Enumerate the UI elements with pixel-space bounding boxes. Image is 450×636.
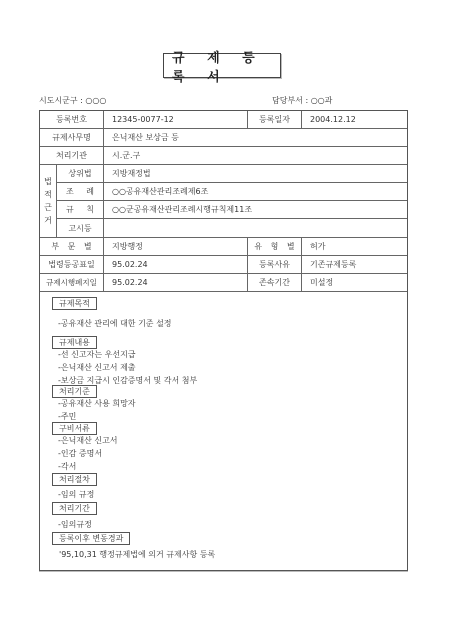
section-line: -선 신고자는 우선지급 bbox=[58, 349, 136, 360]
registration-date-label: 등록일자 bbox=[248, 111, 302, 128]
row-notice: 고시등 bbox=[57, 219, 407, 237]
promulgation-date-label: 법령등공표일 bbox=[40, 256, 104, 273]
row-parent-law: 상위법 지방재정법 bbox=[57, 165, 407, 183]
ordinance-value: ○○공유재산관리조례제6조 bbox=[104, 183, 407, 200]
section-label-content: 규제내용 bbox=[52, 336, 97, 349]
section-label-criteria: 처리기준 bbox=[52, 385, 97, 398]
section-label-period: 처리기간 bbox=[52, 502, 97, 515]
parent-law-label: 상위법 bbox=[57, 165, 104, 182]
notice-label: 고시등 bbox=[57, 219, 104, 237]
ordinance-label: 조 례 bbox=[57, 183, 104, 200]
registration-no-value: 12345-0077-12 bbox=[104, 111, 248, 128]
legal-basis-side-label: 법 적 근 거 bbox=[40, 165, 57, 237]
section-label-procedure: 처리절차 bbox=[52, 473, 97, 486]
enforcement-date-value: 95.02.24 bbox=[104, 274, 248, 291]
section-label-history: 등록이후 변동경과 bbox=[52, 532, 130, 545]
department-label: 담당부서 : ○○과 bbox=[272, 95, 332, 106]
side-char: 근 bbox=[44, 201, 52, 214]
sector-label: 부 문 별 bbox=[40, 238, 104, 255]
region-label: 시도시군구 : ○○○ bbox=[39, 95, 106, 106]
section-line: -은닉재산 신고서 제출 bbox=[58, 362, 136, 373]
row-ordinance: 조 례 ○○공유재산관리조례제6조 bbox=[57, 183, 407, 201]
reg-reason-label: 등록사유 bbox=[248, 256, 302, 273]
section-line: -은닉재산 신고서 bbox=[58, 435, 118, 446]
section-line: -임의규정 bbox=[58, 519, 92, 530]
parent-law-value: 지방재정법 bbox=[104, 165, 407, 182]
side-char: 거 bbox=[44, 214, 52, 227]
enforcement-date-label: 규제시행폐지일 bbox=[40, 274, 104, 291]
legal-basis-group: 법 적 근 거 상위법 지방재정법 조 례 ○○공유재산관리조례제6조 규 칙 … bbox=[40, 165, 407, 238]
row-agency: 처리기관 시.군.구 bbox=[40, 147, 407, 165]
row-sector: 부 문 별 지방행정 유 형 별 허가 bbox=[40, 238, 407, 256]
rule-label: 규 칙 bbox=[57, 201, 104, 218]
type-label: 유 형 별 bbox=[248, 238, 302, 255]
section-label-purpose: 규제목적 bbox=[52, 297, 97, 310]
section-line: '95,10,31 행정규제법에 의거 규제사항 등록 bbox=[59, 549, 215, 560]
section-line: -공유재산 사용 희망자 bbox=[58, 398, 136, 409]
duration-value: 미설정 bbox=[302, 274, 407, 291]
affair-name-value: 은닉재산 보상금 등 bbox=[104, 129, 407, 146]
row-registration-no: 등록번호 12345-0077-12 등록일자 2004.12.12 bbox=[40, 111, 407, 129]
type-value: 허가 bbox=[302, 238, 407, 255]
registration-date-value: 2004.12.12 bbox=[302, 111, 407, 128]
side-char: 적 bbox=[44, 188, 52, 201]
registration-no-label: 등록번호 bbox=[40, 111, 104, 128]
row-rule: 규 칙 ○○군공유재산관리조례시행규칙제11조 bbox=[57, 201, 407, 219]
section-label-documents: 구비서류 bbox=[52, 422, 97, 435]
section-line: -각서 bbox=[58, 461, 76, 472]
registration-table: 등록번호 12345-0077-12 등록일자 2004.12.12 규제사무명… bbox=[39, 110, 408, 292]
document-title: 규 제 등 록 서 bbox=[163, 53, 281, 78]
row-promulgation: 법령등공표일 95.02.24 등록사유 기존규제등록 bbox=[40, 256, 407, 274]
details-box: 규제목적 -공유재산 관리에 대한 기준 설정 규제내용 -선 신고자는 우선지… bbox=[39, 290, 408, 571]
rule-value: ○○군공유재산관리조례시행규칙제11조 bbox=[104, 201, 407, 218]
promulgation-date-value: 95.02.24 bbox=[104, 256, 248, 273]
reg-reason-value: 기존규제등록 bbox=[302, 256, 407, 273]
notice-value bbox=[104, 219, 407, 237]
duration-label: 존속기간 bbox=[248, 274, 302, 291]
row-affair-name: 규제사무명 은닉재산 보상금 등 bbox=[40, 129, 407, 147]
agency-label: 처리기관 bbox=[40, 147, 104, 164]
affair-name-label: 규제사무명 bbox=[40, 129, 104, 146]
sector-value: 지방행정 bbox=[104, 238, 248, 255]
agency-value: 시.군.구 bbox=[104, 147, 407, 164]
section-line: -공유재산 관리에 대한 기준 설정 bbox=[58, 318, 172, 329]
section-line: -임의 규정 bbox=[58, 489, 94, 500]
section-line: -인감 증명서 bbox=[58, 448, 102, 459]
side-char: 법 bbox=[44, 175, 52, 188]
section-line: -주민 bbox=[58, 411, 76, 422]
